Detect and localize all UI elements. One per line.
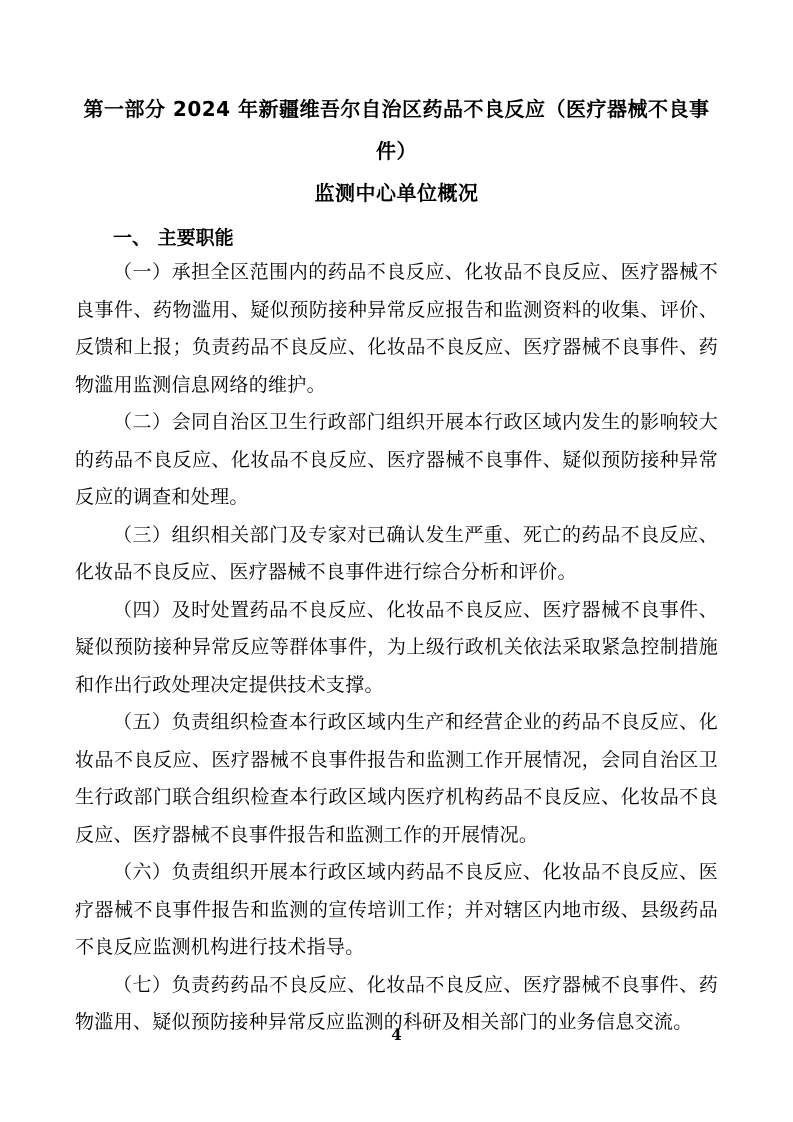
paragraph: （五）负责组织检查本行政区域内生产和经营企业的药品不良反应、化妆品不良反应、医疗… (75, 704, 718, 854)
document-page: 第一部分 2024 年新疆维吾尔自治区药品不良反应（医疗器械不良事件） 监测中心… (0, 0, 793, 1122)
document-title: 第一部分 2024 年新疆维吾尔自治区药品不良反应（医疗器械不良事件） 监测中心… (75, 88, 718, 214)
paragraph: （六）负责组织开展本行政区域内药品不良反应、化妆品不良反应、医疗器械不良事件报告… (75, 854, 718, 967)
paragraph: （一）承担全区范围内的药品不良反应、化妆品不良反应、医疗器械不良事件、药物滥用、… (75, 254, 718, 404)
paragraph: （三）组织相关部门及专家对已确认发生严重、死亡的药品不良反应、化妆品不良反应、医… (75, 517, 718, 592)
section-heading: 一、 主要职能 (75, 224, 718, 252)
paragraph: （二）会同自治区卫生行政部门组织开展本行政区域内发生的影响较大的药品不良反应、化… (75, 404, 718, 517)
title-line-2: 监测中心单位概况 (75, 172, 718, 214)
document-body: （一）承担全区范围内的药品不良反应、化妆品不良反应、医疗器械不良事件、药物滥用、… (75, 254, 718, 1042)
title-line-1: 第一部分 2024 年新疆维吾尔自治区药品不良反应（医疗器械不良事件） (75, 88, 718, 172)
page-number: 4 (0, 1026, 793, 1044)
paragraph: （四）及时处置药品不良反应、化妆品不良反应、医疗器械不良事件、疑似预防接种异常反… (75, 592, 718, 705)
